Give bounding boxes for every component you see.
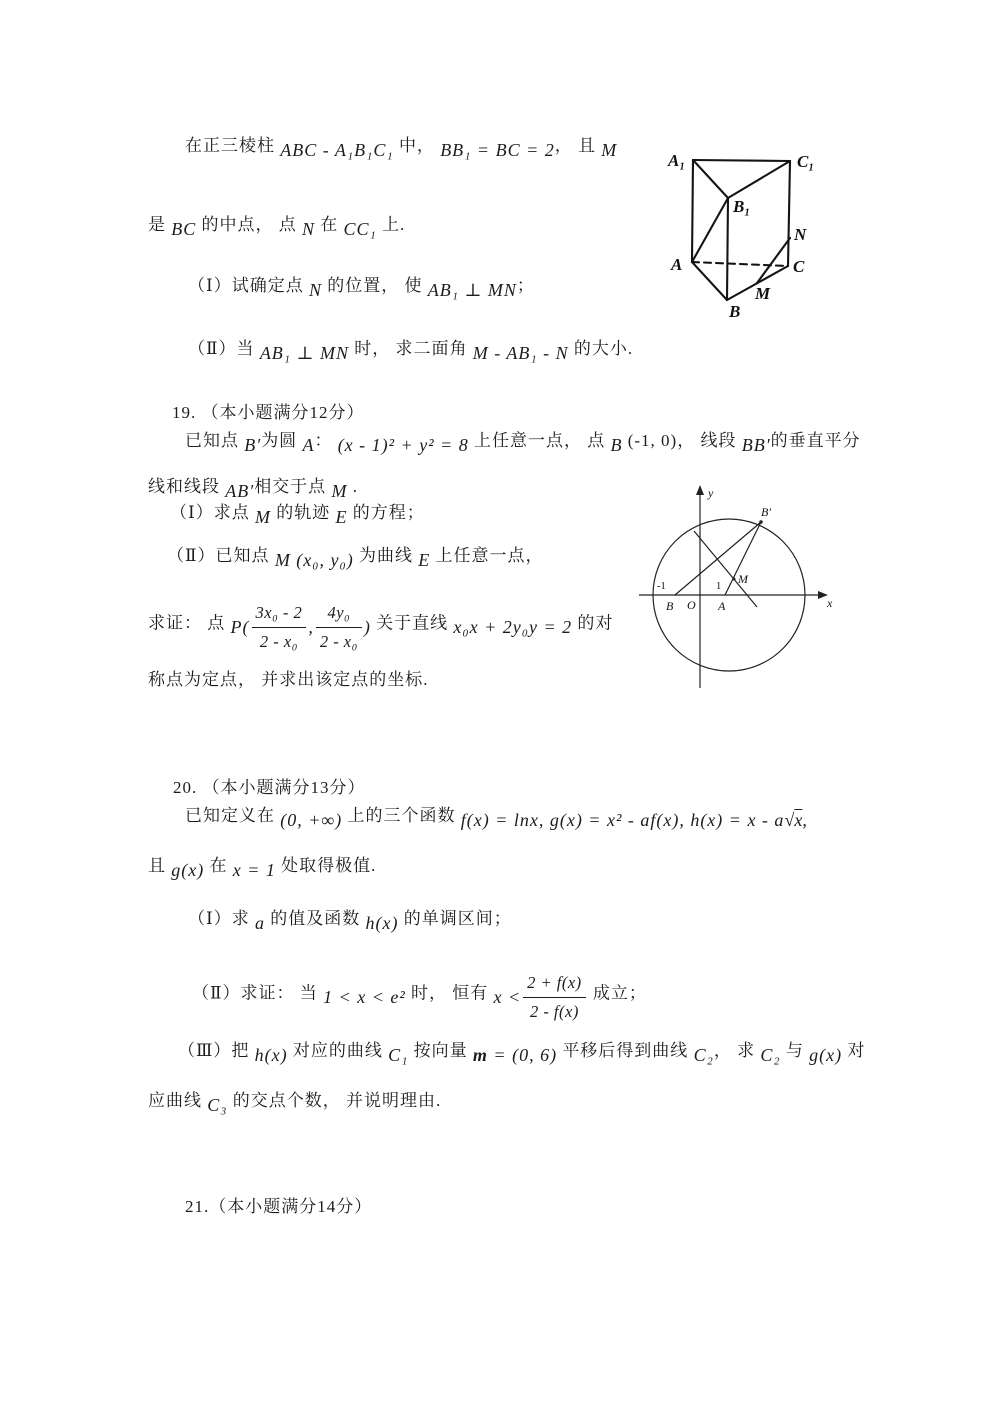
text-segment: 的大小. [569, 339, 634, 358]
text-segment: 的方程； [347, 503, 424, 522]
text-segment: = (0, 6) [488, 1045, 557, 1065]
prism-label-B1: B₁ [732, 197, 750, 216]
circle-label-O: O [687, 598, 696, 612]
text-segment: g(x) [809, 1045, 842, 1065]
edge-A1B1 [693, 160, 728, 198]
text-segment: C₁ [388, 1045, 408, 1065]
q20-part-3: （Ⅲ）把 h(x) 对应的曲线 C₁ 按向量 m = (0, 6) 平移后得到曲… [178, 1037, 865, 1064]
text-segment: 已知定义在 [185, 806, 280, 825]
text-segment: M [331, 481, 347, 501]
text-segment: 在 [204, 856, 233, 875]
text-segment: , [802, 810, 808, 830]
q18-part-2: （Ⅱ）当 AB₁ ⊥ MN 时， 求二面角 M - AB₁ - N 的大小. [188, 335, 633, 362]
text-segment: 的轨迹 [271, 503, 336, 522]
text-segment: E [335, 507, 347, 527]
q20-part-1: （Ⅰ）求 a 的值及函数 h(x) 的单调区间； [188, 905, 512, 932]
text-segment: 称点为定点， 并求出该定点的坐标. [148, 670, 429, 689]
q19-intro-line-1: 已知点 B′为圆 A： (x - 1)² + y² = 8 上任意一点， 点 B… [185, 427, 861, 454]
text-segment: x < [493, 987, 521, 1007]
circle-tick-neg1: -1 [657, 581, 666, 592]
text-segment: AB′ [225, 481, 254, 501]
text-segment: AB₁ ⊥ MN [428, 280, 517, 300]
prism-label-N: N [793, 225, 807, 244]
text-segment: g(x) [171, 860, 204, 880]
edge-A1C1 [693, 160, 790, 161]
q19-proof-line: 求证： 点 P(3x₀ - 22 - x₀,4y₀2 - x₀) 关于直线 x₀… [148, 597, 613, 652]
circle-figure: y x B O A M B′ -1 1 [633, 483, 871, 698]
circle-label-x: x [826, 596, 833, 610]
text-segment: ： [314, 431, 337, 450]
text-segment: 的值及函数 [265, 909, 366, 928]
text-segment: . [347, 477, 358, 496]
q18-intro-line-2: 是 BC 的中点， 点 N 在 CC₁ 上. [148, 211, 405, 238]
text-segment: 的垂直平分 [771, 431, 861, 450]
text-segment: f(x) = lnx, g(x) = x² - af(x), h(x) = x … [461, 810, 785, 830]
text-segment: M - AB₁ - N [473, 343, 569, 363]
q18-intro-line-1: 在正三棱柱 ABC - A₁B₁C₁ 中， BB₁ = BC = 2， 且 M [185, 132, 617, 159]
text-segment: 上的三个函数 [342, 806, 461, 825]
text-segment: h(x) [255, 1045, 288, 1065]
text-segment: 相交于点 [254, 477, 331, 496]
text-segment: h(x) [365, 913, 398, 933]
text-segment: 21.（本小题满分14分） [185, 1197, 372, 1216]
text-segment: (0, +∞) [280, 810, 342, 830]
radical: √x [784, 810, 802, 830]
prism-label-A: A [670, 255, 682, 274]
circle-label-B: B [666, 599, 674, 613]
text-segment: 上任意一点， 点 [469, 431, 611, 450]
text-segment: 的对 [572, 613, 613, 632]
text-segment: C₂ [694, 1045, 714, 1065]
point-M [733, 578, 736, 581]
text-segment: 线和线段 [148, 477, 225, 496]
text-segment: 的位置， 使 [322, 276, 428, 295]
text-segment: ABC - A₁B₁C₁ [280, 140, 393, 160]
text-segment: （Ⅰ）试确定点 [188, 276, 309, 295]
text-segment: （Ⅱ）求证： 当 [192, 983, 323, 1002]
text-segment: ， 求 [714, 1041, 761, 1060]
edge-B1C1 [728, 161, 790, 198]
exam-page: 在正三棱柱 ABC - A₁B₁C₁ 中， BB₁ = BC = 2， 且 M … [0, 0, 1000, 1415]
text-segment: 对应的曲线 [288, 1041, 389, 1060]
text-segment: (-1, 0)， 线段 [622, 431, 741, 450]
circle-label-M: M [737, 572, 749, 586]
text-segment: a [255, 913, 265, 933]
text-segment: (x - 1)² + y² = 8 [338, 435, 469, 455]
edge-AC-dashed [692, 262, 788, 266]
text-segment: A [302, 435, 314, 455]
q19-part-2: （Ⅱ）已知点 M (x₀, y₀) 为曲线 E 上任意一点， [167, 542, 544, 569]
text-segment: ， 且 [555, 136, 602, 155]
text-segment: 已知点 [185, 431, 244, 450]
text-segment: BB′ [742, 435, 771, 455]
q18-part-1: （Ⅰ）试确定点 N 的位置， 使 AB₁ ⊥ MN； [188, 272, 535, 299]
prism-figure: A₁ C₁ B₁ A C B N M [660, 133, 872, 335]
text-segment: 1 < x < e² [323, 987, 406, 1007]
y-axis-arrow [696, 485, 704, 495]
prism-label-C: C [793, 257, 805, 276]
circle-label-A: A [717, 599, 726, 613]
text-segment: BB₁ = BC = 2 [440, 140, 555, 160]
text-segment: M (x₀, y₀) [275, 550, 354, 570]
text-segment: P( [231, 617, 250, 637]
point-Bprime [759, 520, 763, 524]
text-segment: 处取得极值. [276, 856, 377, 875]
text-segment: 20. （本小题满分13分） [173, 778, 366, 797]
text-segment: 为曲线 [354, 546, 419, 565]
text-segment: x₀x + 2y₀y = 2 [453, 617, 572, 637]
text-segment: AB₁ ⊥ MN [260, 343, 349, 363]
edge-A1A [692, 160, 693, 262]
text-segment: 在 [315, 215, 344, 234]
text-segment: m [473, 1045, 488, 1065]
text-segment: B′ [244, 435, 261, 455]
text-segment: 的交点个数， 并说明理由. [228, 1091, 442, 1110]
edge-B1B [727, 198, 728, 300]
text-segment: （Ⅰ）求点 [170, 503, 255, 522]
text-segment: 19. （本小题满分12分） [172, 403, 365, 422]
text-segment: 按向量 [408, 1041, 473, 1060]
prism-label-B: B [728, 302, 740, 321]
text-segment: 成立； [588, 983, 647, 1002]
text-segment: （Ⅰ）求 [188, 909, 255, 928]
text-segment: B [610, 435, 622, 455]
text-segment: N [309, 280, 322, 300]
text-segment: 对 [842, 1041, 865, 1060]
q20-intro-line-2: 且 g(x) 在 x = 1 处取得极值. [148, 852, 376, 879]
text-segment: x = 1 [233, 860, 276, 880]
text-segment: 为圆 [261, 431, 302, 450]
text-segment: M [255, 507, 271, 527]
text-segment: 时， 求二面角 [349, 339, 473, 358]
text-segment: 关于直线 [371, 613, 454, 632]
q19-last-line: 称点为定点， 并求出该定点的坐标. [148, 667, 429, 693]
prism-label-A1: A₁ [667, 151, 685, 170]
text-segment: C₂ [760, 1045, 780, 1065]
text-segment: CC₁ [344, 219, 377, 239]
q20-part-2: （Ⅱ）求证： 当 1 < x < e² 时， 恒有 x <2 + f(x)2 -… [192, 967, 647, 1022]
circle-label-Bprime: B′ [761, 505, 771, 519]
segment-AB1 [692, 198, 728, 262]
text-segment: ) [364, 617, 371, 637]
prism-label-M: M [754, 284, 771, 303]
q19-part-1: （Ⅰ）求点 M 的轨迹 E 的方程； [170, 499, 425, 526]
q21-header: 21.（本小题满分14分） [185, 1194, 372, 1220]
text-segment: 中， [394, 136, 441, 155]
fraction: 4y₀2 - x₀ [316, 600, 362, 655]
text-segment: N [302, 219, 315, 239]
text-segment: （Ⅲ）把 [178, 1041, 255, 1060]
q20-last-line: 应曲线 C₃ 的交点个数， 并说明理由. [148, 1087, 441, 1114]
text-segment: M [601, 140, 617, 160]
text-segment: 是 [148, 215, 171, 234]
fraction: 3x₀ - 22 - x₀ [252, 600, 307, 655]
q19-intro-line-2: 线和线段 AB′相交于点 M . [148, 473, 358, 500]
edge-AB [692, 262, 727, 300]
text-segment: （Ⅱ）当 [188, 339, 260, 358]
text-segment: （Ⅱ）已知点 [167, 546, 275, 565]
prism-label-C1: C₁ [797, 152, 814, 171]
segment-MN [757, 238, 790, 283]
text-segment: 的中点， 点 [196, 215, 302, 234]
q20-intro-line-1: 已知定义在 (0, +∞) 上的三个函数 f(x) = lnx, g(x) = … [185, 802, 808, 829]
text-segment: 上任意一点， [430, 546, 543, 565]
text-segment: C₃ [207, 1095, 227, 1115]
text-segment: 的单调区间； [398, 909, 511, 928]
text-segment: 且 [148, 856, 171, 875]
text-segment: E [418, 550, 430, 570]
q20-header: 20. （本小题满分13分） [173, 775, 366, 801]
text-segment: 与 [781, 1041, 810, 1060]
text-segment: , [308, 617, 314, 637]
text-segment: 求证： 点 [148, 613, 231, 632]
text-segment: BC [171, 219, 196, 239]
edge-C1C [788, 161, 790, 266]
circle-tick-1: 1 [716, 581, 721, 592]
q19-header: 19. （本小题满分12分） [172, 400, 365, 426]
text-segment: 应曲线 [148, 1091, 207, 1110]
text-segment: 时， 恒有 [406, 983, 494, 1002]
text-segment: ； [517, 276, 535, 295]
circle-label-y: y [707, 486, 714, 500]
text-segment: 上. [377, 215, 406, 234]
fraction: 2 + f(x)2 - f(x) [523, 970, 586, 1025]
text-segment: 平移后得到曲线 [557, 1041, 694, 1060]
text-segment: 在正三棱柱 [185, 136, 280, 155]
